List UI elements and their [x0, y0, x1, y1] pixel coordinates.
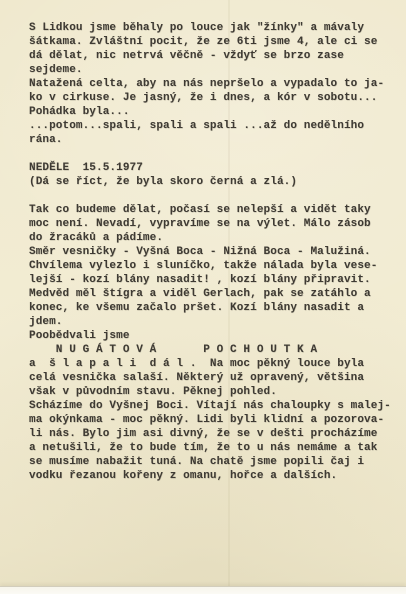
text-line: ko v cirkuse. Je jasný, že i dnes, a kór…: [29, 91, 402, 105]
text-line: Pohádka byla...: [29, 105, 402, 119]
blank-line: [29, 189, 402, 203]
text-line: Poobědvali jsme: [29, 329, 402, 343]
text-line: však v původním stavu. Pěknej pohled.: [29, 385, 402, 399]
text-line: li nás. Bylo jim asi divný, že se v dešt…: [29, 427, 402, 441]
page-bottom-edge: [0, 586, 406, 594]
text-line: a netušili, že to bude tím, že to u nás …: [29, 441, 402, 455]
text-line: Tak co budeme dělat, počasí se nelepší a…: [29, 203, 402, 217]
text-line: a š l a p a l i d á l . Na moc pěkný lou…: [29, 357, 402, 371]
text-line: Medvěd měl štígra a viděl Gerlach, pak s…: [29, 287, 402, 301]
text-line: celá vesnička salaší. Některý už opraven…: [29, 371, 402, 385]
text-line: (Dá se říct, že byla skoro černá a zlá.): [29, 175, 402, 189]
spaced-heading: N U G Á T O V Á P O C H O U T K A: [29, 343, 402, 357]
blank-line: [29, 147, 402, 161]
text-line: rána.: [29, 133, 402, 147]
typewritten-text: S Lidkou jsme běhaly po louce jak "žínky…: [29, 21, 402, 483]
text-line: konec, ke všemu začalo pršet. Kozí blány…: [29, 301, 402, 315]
text-line: Směr vesničky - Vyšná Boca - Nižná Boca …: [29, 245, 402, 259]
text-line: dá dělat, nic netrvá věčně - vždyť se br…: [29, 49, 402, 63]
text-line: Chvílema vylezlo i sluníčko, takže nálad…: [29, 259, 402, 273]
text-line: S Lidkou jsme běhaly po louce jak "žínky…: [29, 21, 402, 35]
text-line: ma okýnkama - moc pěkný. Lidi byli klidn…: [29, 413, 402, 427]
text-line: ...potom...spali, spali a spali ...až do…: [29, 119, 402, 133]
text-line: vodku řezanou kořeny z omanu, hořce a da…: [29, 469, 402, 483]
text-line: jdem.: [29, 315, 402, 329]
text-line: se musíme nabažit tuná. Na chatě jsme po…: [29, 455, 402, 469]
date-heading: NEDĚLE 15.5.1977: [29, 161, 402, 175]
text-line: Scházíme do Vyšnej Boci. Vítají nás chal…: [29, 399, 402, 413]
text-line: do žracáků a pádíme.: [29, 231, 402, 245]
text-line: sejdeme.: [29, 63, 402, 77]
text-line: lejší - kozí blány nasadit! , kozí blány…: [29, 273, 402, 287]
text-line: Natažená celta, aby na nás nepršelo a vy…: [29, 77, 402, 91]
journal-page: S Lidkou jsme běhaly po louce jak "žínky…: [0, 0, 406, 594]
text-line: moc není. Nevadí, vypravíme se na výlet.…: [29, 217, 402, 231]
text-line: šátkama. Zvláštní pocit, že ze 6ti jsme …: [29, 35, 402, 49]
